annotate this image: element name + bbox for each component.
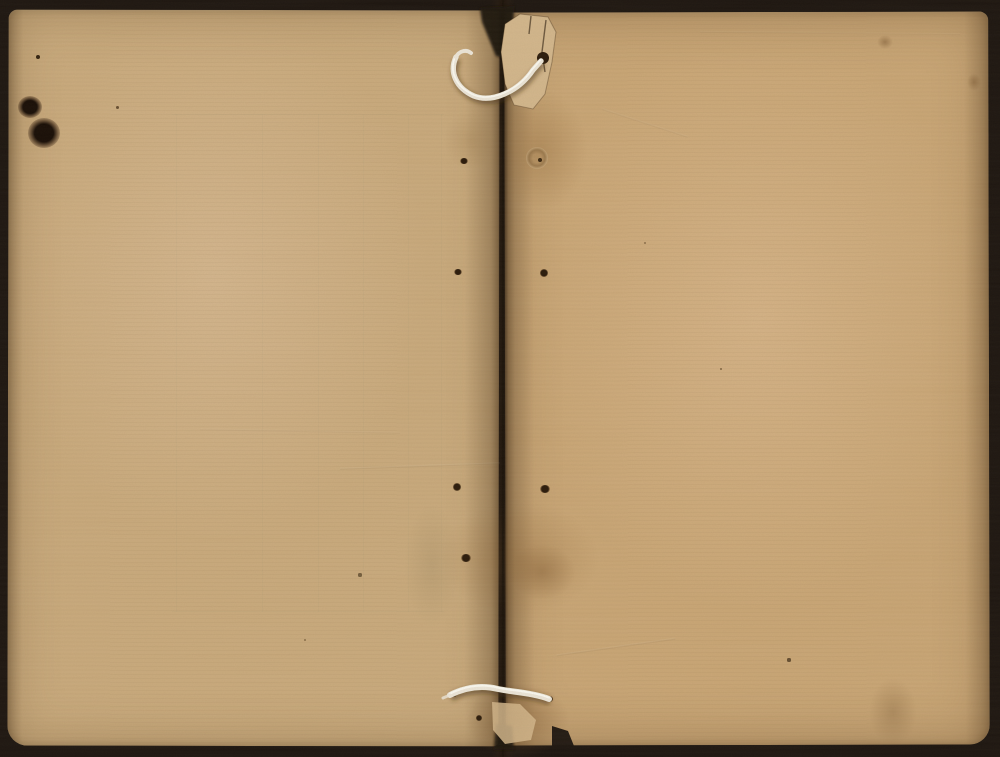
left-page [7, 10, 499, 747]
right-page [504, 11, 990, 745]
scanner-background [0, 0, 1000, 757]
